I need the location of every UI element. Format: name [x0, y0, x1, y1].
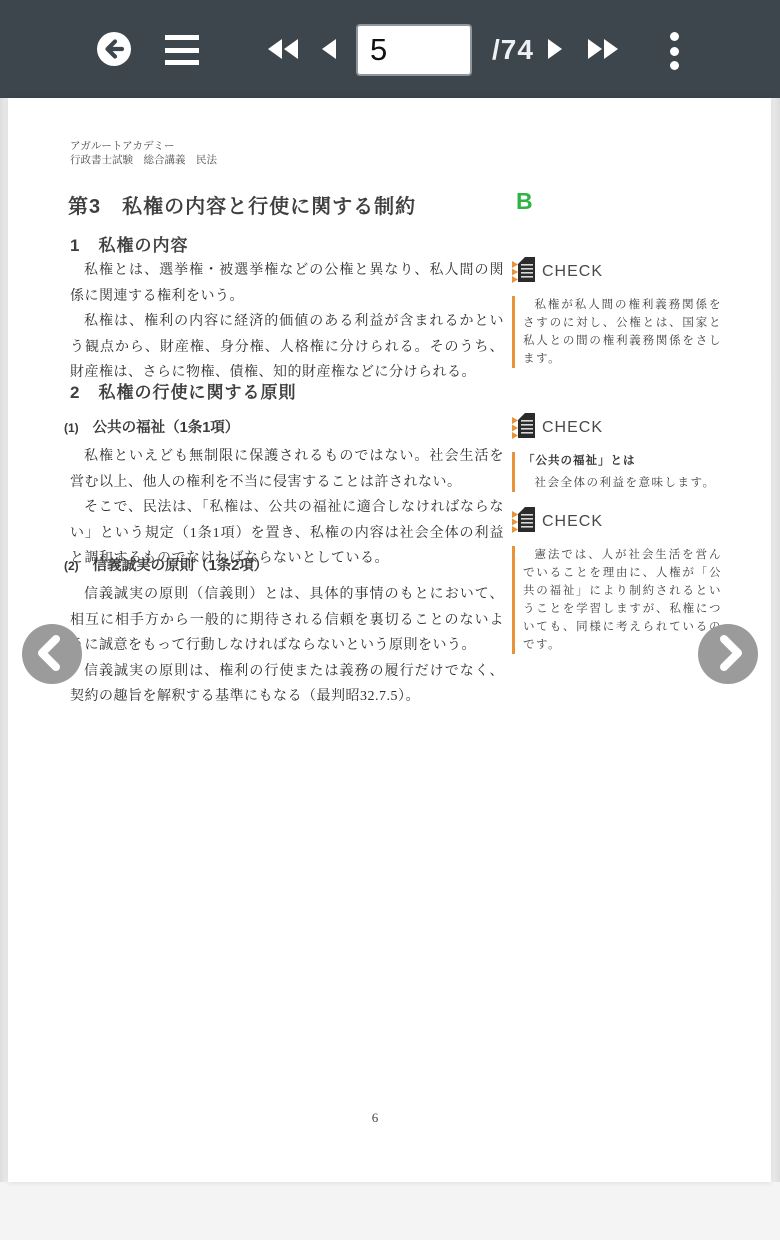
toolbar: /74: [0, 0, 780, 98]
check-label: CHECK: [542, 263, 603, 281]
paragraph: 信義誠実の原則（信義則）とは、具体的事情のもとにおいて、相互に相手方から一般的に…: [70, 582, 504, 659]
arrow-left-circle-icon: [96, 31, 132, 70]
first-page-button[interactable]: [268, 40, 298, 60]
total-pages-label: /74: [492, 34, 534, 66]
kebab-vertical-icon: [670, 32, 679, 41]
check-box-3: CHECK 憲法では、人が社会生活を営んでいることを理由に、人権が「公共の福祉」…: [512, 506, 722, 654]
section1-body: 私権とは、選挙権・被選挙権などの公権と異なり、私人間の関係に関連する権利をいう。…: [70, 258, 504, 386]
back-button[interactable]: [96, 32, 132, 68]
checklist-book-icon: [512, 256, 536, 288]
page-number-input[interactable]: [356, 24, 472, 76]
next-page-button[interactable]: [546, 40, 562, 60]
footer-page-number: 6: [360, 1110, 390, 1126]
circle-chevron-left-icon: [22, 623, 82, 686]
page-right-shadow: [771, 98, 780, 1182]
check-note-text: 社会全体の利益を意味します。: [523, 474, 722, 492]
section1-heading: 1 私権の内容: [70, 231, 188, 256]
document-header: アガルートアカデミー 行政書士試験 総合講義 民法: [70, 140, 217, 168]
checklist-book-icon: [512, 506, 536, 538]
previous-page-button[interactable]: [322, 40, 338, 60]
subsection1-heading: (1)公共の福祉（1条1項）: [64, 416, 239, 437]
chapter-title: 第3 私権の内容と行使に関する制約: [68, 190, 416, 219]
subsection2-heading: (2)信義誠実の原則（1条2項）: [64, 554, 268, 575]
circle-chevron-right-icon: [698, 623, 758, 686]
subsection1-body: 私権といえども無制限に保護されるものではない。社会生活を営む以上、他人の権利を不…: [70, 444, 504, 572]
check-note-text: 私権が私人間の権利義務関係をさすのに対し、公権とは、国家と私人との間の権利義務関…: [512, 296, 722, 368]
more-options-button[interactable]: [662, 32, 686, 70]
check-note: 「公共の福祉」とは 社会全体の利益を意味します。: [512, 452, 722, 492]
course-line: 行政書士試験 総合講義 民法: [70, 154, 217, 168]
paragraph: 私権とは、選挙権・被選挙権などの公権と異なり、私人間の関係に関連する権利をいう。: [70, 258, 504, 309]
last-page-button[interactable]: [588, 40, 618, 60]
publisher-line: アガルートアカデミー: [70, 140, 217, 154]
chevron-left-icon: [322, 39, 338, 62]
hamburger-icon: [165, 35, 199, 40]
check-label: CHECK: [542, 419, 603, 437]
chevron-right-icon: [546, 39, 562, 62]
check-box-1: CHECK 私権が私人間の権利義務関係をさすのに対し、公権とは、国家と私人との間…: [512, 256, 722, 368]
checklist-book-icon: [512, 412, 536, 444]
check-label: CHECK: [542, 513, 603, 531]
paragraph: 私権といえども無制限に保護されるものではない。社会生活を営む以上、他人の権利を不…: [70, 444, 504, 495]
document-page: アガルートアカデミー 行政書士試験 総合講義 民法 第3 私権の内容と行使に関す…: [8, 98, 771, 1182]
page-next-overlay-button[interactable]: [698, 624, 758, 684]
check-note-title: 「公共の福祉」とは: [523, 452, 722, 470]
subsection2-body: 信義誠実の原則（信義則）とは、具体的事情のもとにおいて、相互に相手方から一般的に…: [70, 582, 504, 710]
double-chevron-left-icon: [268, 39, 298, 62]
page-left-shadow: [0, 98, 8, 1182]
rank-badge: B: [516, 188, 533, 215]
section2-heading: 2 私権の行使に関する原則: [70, 378, 296, 403]
page-prev-overlay-button[interactable]: [22, 624, 82, 684]
subsection2-label: (2): [64, 559, 79, 573]
check-note-text: 憲法では、人が社会生活を営んでいることを理由に、人権が「公共の福祉」により制約さ…: [512, 546, 722, 654]
paragraph: 私権は、権利の内容に経済的価値のある利益が含まれるかという観点から、財産権、身分…: [70, 309, 504, 386]
paragraph: 信義誠実の原則は、権利の行使または義務の履行だけでなく、契約の趣旨を解釈する基準…: [70, 659, 504, 710]
subsection1-label: (1): [64, 421, 79, 435]
menu-button[interactable]: [165, 35, 199, 65]
check-box-2: CHECK 「公共の福祉」とは 社会全体の利益を意味します。: [512, 412, 722, 492]
double-chevron-right-icon: [588, 39, 618, 62]
